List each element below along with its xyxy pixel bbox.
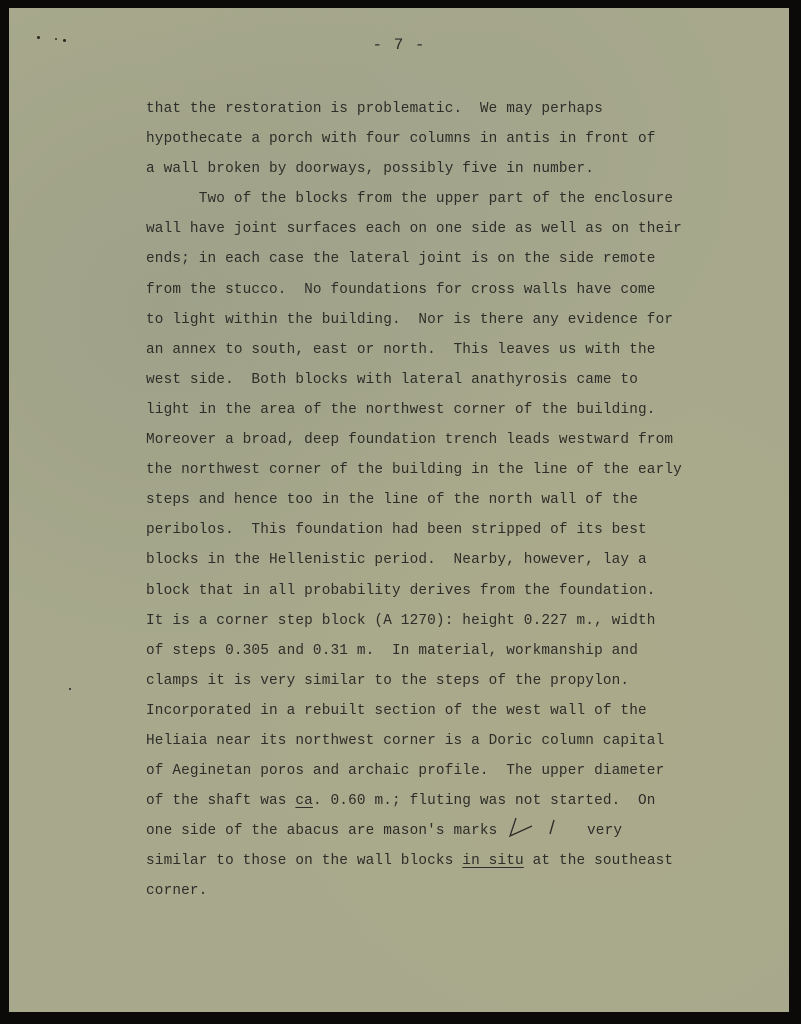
text-run: . 0.60 m.; fluting was not started. On [313,793,656,809]
text-line: one side of the abacus are mason's marks… [146,816,766,846]
text-line: clamps it is very similar to the steps o… [146,666,766,696]
text-run: at the southeast [524,853,673,869]
text-line: block that in all probability derives fr… [146,576,766,606]
text-line: a wall broken by doorways, possibly five… [146,154,766,184]
text-line: light in the area of the northwest corne… [146,395,766,425]
text-line: blocks in the Hellenistic period. Nearby… [146,545,766,575]
text-line: Moreover a broad, deep foundation trench… [146,425,766,455]
page-number: - 7 - [9,36,789,54]
text-line: west side. Both blocks with lateral anat… [146,365,766,395]
text-line: of steps 0.305 and 0.31 m. In material, … [146,636,766,666]
text-line: of Aeginetan poros and archaic profile. … [146,756,766,786]
text-line: Heliaia near its northwest corner is a D… [146,726,766,756]
text-run: of the shaft was [146,793,295,809]
text-line: of the shaft was ca. 0.60 m.; fluting wa… [146,786,766,816]
text-line: Incorporated in a rebuilt section of the… [146,696,766,726]
text-run: similar to those on the wall blocks [146,853,462,869]
text-line: the northwest corner of the building in … [146,455,766,485]
text-line: that the restoration is problematic. We … [146,94,766,124]
underlined-abbreviation: ca [295,793,313,809]
body-text: that the restoration is problematic. We … [146,94,766,907]
text-line: to light within the building. Nor is the… [146,305,766,335]
text-line: wall have joint surfaces each on one sid… [146,214,766,244]
underlined-phrase: in situ [462,853,524,869]
text-line: steps and hence too in the line of the n… [146,485,766,515]
speck [69,688,71,690]
text-line: peribolos. This foundation had been stri… [146,515,766,545]
text-line: Two of the blocks from the upper part of… [146,184,766,214]
text-line: hypothecate a porch with four columns in… [146,124,766,154]
text-run: one side of the abacus are mason's marks [146,823,506,839]
text-line: similar to those on the wall blocks in s… [146,846,766,876]
document-page: - 7 - that the restoration is problemati… [9,8,789,1012]
text-line: ends; in each case the lateral joint is … [146,244,766,274]
text-line: corner. [146,876,766,906]
text-line: an annex to south, east or north. This l… [146,335,766,365]
text-line: from the stucco. No foundations for cros… [146,275,766,305]
text-run: very [578,823,622,839]
text-line: It is a corner step block (A 1270): heig… [146,606,766,636]
mason-marks-icon [506,816,578,840]
